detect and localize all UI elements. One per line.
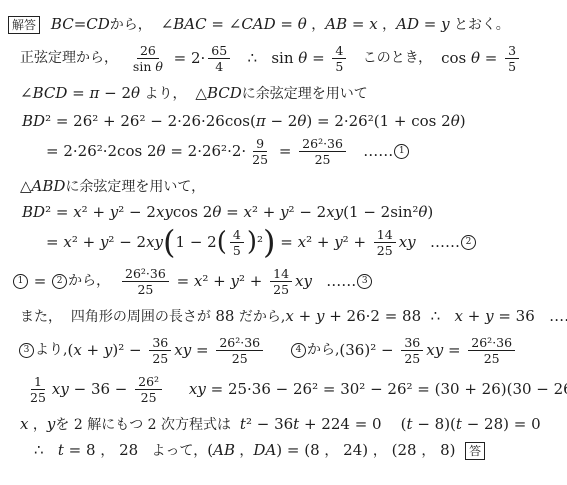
math-text: + xyxy=(463,307,485,327)
math-text: sin xyxy=(133,59,155,74)
fraction-denominator: 25 xyxy=(149,351,171,366)
math-text: + 26·2 = 88 ∴ xyxy=(324,307,454,327)
math-text: ² + xyxy=(82,203,110,223)
circled-number: 3 xyxy=(357,274,372,289)
math-variable: x xyxy=(194,272,202,292)
math-text: = xyxy=(67,84,89,104)
math-text: 28 xyxy=(114,441,138,461)
fraction-numerator: 36 xyxy=(401,335,423,351)
math-variable: x xyxy=(369,15,377,35)
solution-line: 1 = 2から， 26²·3625 = x² + y² + 1425xy ……3 xyxy=(12,265,563,298)
boxed-label: 解答 xyxy=(8,16,40,35)
fraction-denominator: 25 xyxy=(134,282,156,297)
fraction-denominator: 5 xyxy=(505,59,519,74)
math-text: = xyxy=(221,203,243,223)
jp-text xyxy=(42,16,51,34)
math-text: = xyxy=(275,233,297,253)
math-variable: θ xyxy=(298,15,307,35)
big-paren: ) xyxy=(263,230,275,256)
math-variable: x xyxy=(20,415,28,435)
jp-text: に余弦定理を用いて xyxy=(242,85,368,103)
math-text: △ xyxy=(195,84,207,104)
solution-line: BD² = x² + y² − 2xycos 2θ = x² + y² − 2x… xyxy=(22,202,563,224)
solution-lines: 解答 BC=CDから， ∠BAC = ∠CAD = θ ，AB = x ，AD … xyxy=(8,14,563,462)
solution-line: また， 四角形の周囲の長さが 88 だから,x + y + 26·2 = 88 … xyxy=(20,306,563,328)
jp-text: 正弦定理から， xyxy=(20,49,127,67)
big-paren: ( xyxy=(163,230,175,256)
math-variable: AB xyxy=(325,15,347,35)
fraction: 35 xyxy=(505,43,519,74)
math-text: = 2·26²·2cos 2 xyxy=(46,142,157,162)
math-text: ∴ sin xyxy=(233,49,298,69)
math-text: = xyxy=(74,15,87,35)
solution-line: ∴ t = 8 ， 28 よって，(AB ，DA) = (8 ， 24) ， (… xyxy=(34,440,563,462)
math-variable: θ xyxy=(297,112,306,132)
fraction-denominator: 4 xyxy=(212,59,226,74)
fraction-numerator: 65 xyxy=(208,43,230,59)
fraction-denominator: 5 xyxy=(332,59,346,74)
math-text: ² = xyxy=(45,203,73,223)
math-variable: CD xyxy=(86,15,110,35)
math-variable: x xyxy=(285,307,293,327)
boxed-label: 答 xyxy=(465,442,485,461)
math-variable: y xyxy=(110,203,118,223)
fraction: 26²·3625 xyxy=(299,136,346,167)
solution-line: BD² = 26² + 26² − 2·26·26cos(π − 2θ) = 2… xyxy=(22,111,563,133)
math-text: 24) xyxy=(338,441,372,461)
solution-line: = x² + y² − 2xy(1 − 2(45)²) = x² + y² + … xyxy=(46,226,563,259)
math-variable: AD xyxy=(396,15,419,35)
fraction: 45 xyxy=(332,43,346,74)
math-variable: xy xyxy=(52,380,69,400)
math-text: + xyxy=(294,307,316,327)
fraction: 1425 xyxy=(374,227,396,258)
jp-text: より, xyxy=(35,341,67,359)
math-text: ² + xyxy=(202,272,230,292)
math-variable: AB xyxy=(213,441,235,461)
jp-text: また， 四角形の周囲の長さが xyxy=(20,308,215,326)
jp-text: ， xyxy=(378,16,396,34)
math-variable: π xyxy=(256,112,266,132)
fraction-denominator: 25 xyxy=(401,351,423,366)
math-text: 1 − 2 xyxy=(176,233,217,253)
math-variable: x xyxy=(243,203,251,223)
math-variable: xy xyxy=(326,203,343,223)
math-variable: θ xyxy=(471,49,480,69)
math-variable: xy xyxy=(156,203,173,223)
math-text: − 8)( xyxy=(413,415,456,435)
math-text: − 2 xyxy=(99,84,131,104)
math-text: = xyxy=(46,233,63,253)
fraction: 3625 xyxy=(149,335,171,366)
fraction: 125 xyxy=(27,374,49,405)
math-variable: π xyxy=(90,84,100,104)
jp-text: から, xyxy=(307,341,339,359)
circled-number: 2 xyxy=(461,235,476,250)
fraction-numerator: 26²·36 xyxy=(122,266,169,282)
fraction: 26²·3625 xyxy=(122,266,169,297)
fraction-numerator: 36 xyxy=(149,335,171,351)
solution-line: x ，yを 2 解にもつ 2 次方程式は t² − 36t + 224 = 0 … xyxy=(20,414,563,436)
math-text: 88 xyxy=(215,307,234,327)
solution-line: = 2·26²·2cos 2θ = 2·26²·2·925 = 26²·3625… xyxy=(46,135,563,168)
math-variable: θ xyxy=(131,84,140,104)
fraction: 26²25 xyxy=(135,374,162,405)
math-variable: CAD xyxy=(241,15,275,35)
math-text: ∠ xyxy=(161,15,174,35)
math-variable: y xyxy=(104,341,112,361)
jp-text: ， xyxy=(307,16,325,34)
math-text: ² + xyxy=(239,272,267,292)
math-variable: y xyxy=(316,307,324,327)
math-text: = xyxy=(307,49,329,69)
math-variable: xy xyxy=(295,272,312,292)
math-text: = xyxy=(419,15,441,35)
math-variable: xy xyxy=(146,233,163,253)
math-variable: y xyxy=(100,233,108,253)
math-text: − 28) = 0 xyxy=(462,415,541,435)
big-paren: ) xyxy=(247,232,257,253)
math-variable: y xyxy=(47,415,55,435)
math-variable: θ xyxy=(418,203,427,223)
math-text: = xyxy=(29,272,51,292)
math-variable: y xyxy=(334,233,342,253)
fraction-denominator: 25 xyxy=(312,152,334,167)
fraction: 654 xyxy=(208,43,230,74)
fraction-numerator: 26² xyxy=(135,374,162,390)
jp-text: ， xyxy=(421,442,435,460)
jp-text: よって， xyxy=(138,442,207,460)
math-variable: xy xyxy=(426,341,443,361)
jp-text: ， xyxy=(373,442,387,460)
math-text: (1 − 2sin² xyxy=(343,203,418,223)
circled-number: 4 xyxy=(291,343,306,358)
math-text: ) = (8 xyxy=(276,441,324,461)
math-text xyxy=(165,380,189,400)
math-text: )² − xyxy=(112,341,146,361)
jp-text: ， xyxy=(28,416,46,434)
math-variable: BCD xyxy=(33,84,68,104)
math-text: = 36 xyxy=(494,307,535,327)
fraction-denominator: sin θ xyxy=(130,59,166,74)
solution-line: 正弦定理から， 26sin θ = 2·654 ∴ sin θ = 45 このと… xyxy=(20,42,563,75)
fraction: 26²·3625 xyxy=(216,335,263,366)
jp-text: だから, xyxy=(234,308,285,326)
math-variable: θ xyxy=(298,49,307,69)
math-text: ² − 2 xyxy=(118,203,156,223)
solution-document: 解答 BC=CDから， ∠BAC = ∠CAD = θ ，AB = x ，AD … xyxy=(0,0,567,462)
math-text: ) = 2·26²(1 + cos 2 xyxy=(306,112,450,132)
circled-number: 2 xyxy=(52,274,67,289)
jp-text: ， xyxy=(100,442,114,460)
math-variable: BD xyxy=(22,203,45,223)
fraction-numerator: 1 xyxy=(31,374,45,390)
math-text: ² + xyxy=(72,233,100,253)
math-text: ) xyxy=(460,112,466,132)
math-text: ² − 2 xyxy=(289,203,327,223)
math-variable: y xyxy=(485,307,493,327)
fraction: 925 xyxy=(249,136,271,167)
math-text: = xyxy=(480,49,502,69)
math-variable: y xyxy=(280,203,288,223)
fraction-denominator: 25 xyxy=(481,351,503,366)
jp-text: より， xyxy=(140,85,195,103)
jp-text: から， xyxy=(110,16,161,34)
circled-number: 3 xyxy=(19,343,34,358)
math-variable: xy xyxy=(174,341,191,361)
fraction-numerator: 9 xyxy=(253,136,267,152)
math-variable: x xyxy=(455,307,463,327)
math-text: = 25·36 − 26² = 30² − 26² = (30 + 26)(30… xyxy=(206,380,567,400)
math-text: ² = 26² + 26² − 2·26·26cos( xyxy=(45,112,256,132)
math-variable: x xyxy=(63,233,71,253)
math-text: ² − 2 xyxy=(108,233,146,253)
math-text: = xyxy=(207,15,229,35)
jp-text: を 2 解にもつ 2 次方程式は xyxy=(55,416,240,434)
fraction-denominator: 25 xyxy=(138,390,160,405)
fraction-numerator: 4 xyxy=(332,43,346,59)
math-variable: θ xyxy=(157,142,166,162)
math-variable: θ xyxy=(212,203,221,223)
math-text: (28 xyxy=(387,441,421,461)
math-text: = xyxy=(172,272,194,292)
math-text: ) xyxy=(427,203,433,223)
math-text: …… xyxy=(535,307,567,327)
circled-number: 1 xyxy=(13,274,28,289)
math-text: = xyxy=(443,341,465,361)
math-text: …… xyxy=(349,142,393,162)
math-text: ∠ xyxy=(229,15,242,35)
solution-line: 3より,(x + y)² − 3625xy = 26²·3625 4から,(36… xyxy=(18,334,563,367)
jp-text: このとき， xyxy=(349,49,441,67)
fraction-numerator: 26²·36 xyxy=(216,335,263,351)
fraction: 26²·3625 xyxy=(468,335,515,366)
jp-text: から， xyxy=(68,272,119,290)
math-text: ∴ xyxy=(34,441,58,461)
math-text: = xyxy=(191,341,213,361)
fraction-numerator: 26²·36 xyxy=(468,335,515,351)
solution-line: 解答 BC=CDから， ∠BAC = ∠CAD = θ ，AB = x ，AD … xyxy=(8,14,563,36)
math-variable: x xyxy=(298,233,306,253)
math-text: = xyxy=(274,142,296,162)
jp-text: ， xyxy=(235,442,253,460)
math-variable: BC xyxy=(51,15,74,35)
circled-number: 1 xyxy=(394,144,409,159)
math-text xyxy=(266,341,290,361)
solution-line: ∠BCD = π − 2θ より， △BCDに余弦定理を用いて xyxy=(20,83,563,105)
math-text: − 36 − xyxy=(69,380,132,400)
math-text: + xyxy=(82,341,104,361)
fraction-numerator: 3 xyxy=(505,43,519,59)
math-text: − 2 xyxy=(266,112,298,132)
solution-line: △ABDに余弦定理を用いて， xyxy=(20,176,563,198)
math-text: = xyxy=(276,15,298,35)
fraction-numerator: 14 xyxy=(270,266,292,282)
math-variable: DA xyxy=(253,441,276,461)
math-text: …… xyxy=(312,272,356,292)
fraction-denominator: 25 xyxy=(27,390,49,405)
math-text: (36)² − xyxy=(339,341,398,361)
math-text: cos xyxy=(441,49,471,69)
math-text: 8) xyxy=(435,441,465,461)
math-variable: y xyxy=(231,272,239,292)
fraction-denominator: 25 xyxy=(374,243,396,258)
fraction-numerator: 26 xyxy=(137,43,159,59)
math-variable: BD xyxy=(22,112,45,132)
math-variable: xy xyxy=(399,233,416,253)
math-variable: BAC xyxy=(173,15,206,35)
math-text: ² + xyxy=(343,233,371,253)
math-variable: y xyxy=(441,15,449,35)
math-variable: ABD xyxy=(32,177,66,197)
math-variable: θ xyxy=(451,112,460,132)
fraction: 26sin θ xyxy=(130,43,166,74)
fraction-denominator: 25 xyxy=(270,282,292,297)
math-variable: θ xyxy=(155,59,163,74)
math-text: = 2· xyxy=(169,49,205,69)
math-text: …… xyxy=(416,233,460,253)
math-text: + 224 = 0 ( xyxy=(299,415,406,435)
math-text: ² − 36 xyxy=(246,415,293,435)
jp-text: とおく。 xyxy=(450,16,510,34)
fraction-denominator: 5 xyxy=(230,243,244,258)
jp-text: ， xyxy=(324,442,338,460)
math-text: △ xyxy=(20,177,32,197)
fraction-denominator: 25 xyxy=(249,152,271,167)
math-variable: x xyxy=(73,341,81,361)
math-text: = 8 xyxy=(64,441,100,461)
jp-text: に余弦定理を用いて， xyxy=(65,178,205,196)
math-variable: BCD xyxy=(207,84,242,104)
math-variable: xy xyxy=(189,380,206,400)
math-text: ² + xyxy=(306,233,334,253)
solution-line: 125xy − 36 − 26²25 xy = 25·36 − 26² = 30… xyxy=(24,373,563,406)
fraction-numerator: 4 xyxy=(230,227,244,243)
fraction: 45 xyxy=(230,227,244,258)
math-text: = xyxy=(347,15,369,35)
fraction: 1425 xyxy=(270,266,292,297)
big-paren: ( xyxy=(217,232,227,253)
math-text: cos 2 xyxy=(173,203,212,223)
fraction-numerator: 26²·36 xyxy=(299,136,346,152)
math-text: ² + xyxy=(252,203,280,223)
fraction: 3625 xyxy=(401,335,423,366)
fraction-denominator: 25 xyxy=(229,351,251,366)
math-text: ∠ xyxy=(20,84,33,104)
math-text: = 2·26²·2· xyxy=(166,142,247,162)
fraction-numerator: 14 xyxy=(374,227,396,243)
math-variable: x xyxy=(73,203,81,223)
